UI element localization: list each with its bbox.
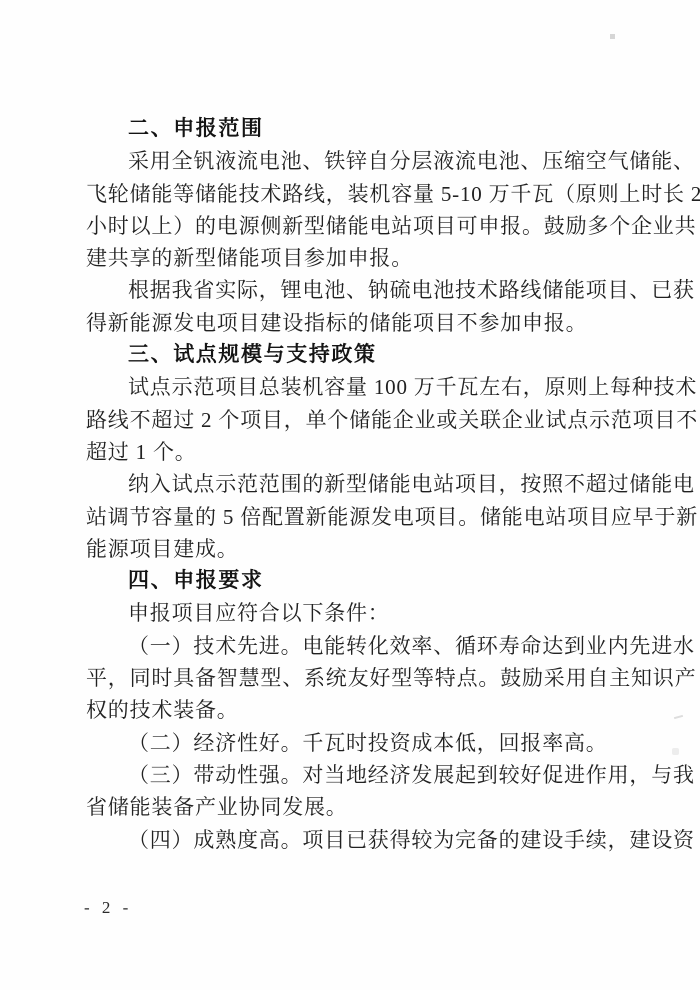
text-line: 得新能源发电项目建设指标的储能项目不参加申报。 <box>86 307 613 339</box>
scan-artifact-speck <box>610 34 615 39</box>
scan-artifact-smudge <box>672 748 679 755</box>
text-line: 申报项目应符合以下条件： <box>86 597 613 629</box>
scanned-document-page: 二、申报范围采用全钒液流电池、铁锌自分层液流电池、压缩空气储能、飞轮储能等储能技… <box>0 0 700 990</box>
text-line: 权的技术装备。 <box>86 694 613 726</box>
text-line: 纳入试点示范范围的新型储能电站项目，按照不超过储能电 <box>86 468 613 500</box>
text-line: 采用全钒液流电池、铁锌自分层液流电池、压缩空气储能、 <box>86 145 613 177</box>
text-line: 平，同时具备智慧型、系统友好型等特点。鼓励采用自主知识产 <box>86 662 613 694</box>
text-line: 省储能装备产业协同发展。 <box>86 791 613 823</box>
text-line: 根据我省实际，锂电池、钠硫电池技术路线储能项目、已获 <box>86 274 613 306</box>
scan-artifact-dash <box>674 715 683 719</box>
text-line: 飞轮储能等储能技术路线，装机容量 5-10 万千瓦（原则上时长 2 <box>86 178 613 210</box>
text-line: 超过 1 个。 <box>86 436 613 468</box>
text-line: 路线不超过 2 个项目，单个储能企业或关联企业试点示范项目不 <box>86 404 613 436</box>
text-line: （四）成熟度高。项目已获得较为完备的建设手续，建设资 <box>86 824 613 856</box>
text-line: 试点示范项目总装机容量 100 万千瓦左右，原则上每种技术 <box>86 371 613 403</box>
text-line: （二）经济性好。千瓦时投资成本低，回报率高。 <box>86 727 613 759</box>
text-line: 小时以上）的电源侧新型储能电站项目可申报。鼓励多个企业共 <box>86 210 613 242</box>
section-heading: 二、申报范围 <box>86 113 613 145</box>
text-line: 站调节容量的 5 倍配置新能源发电项目。储能电站项目应早于新 <box>86 501 613 533</box>
text-line: （三）带动性强。对当地经济发展起到较好促进作用，与我 <box>86 759 613 791</box>
text-line: （一）技术先进。电能转化效率、循环寿命达到业内先进水 <box>86 630 613 662</box>
section-heading: 三、试点规模与支持政策 <box>86 339 613 371</box>
section-heading: 四、申报要求 <box>86 565 613 597</box>
document-body: 二、申报范围采用全钒液流电池、铁锌自分层液流电池、压缩空气储能、飞轮储能等储能技… <box>86 113 613 856</box>
page-number: - 2 - <box>84 898 132 918</box>
text-line: 能源项目建成。 <box>86 533 613 565</box>
text-line: 建共享的新型储能项目参加申报。 <box>86 242 613 274</box>
